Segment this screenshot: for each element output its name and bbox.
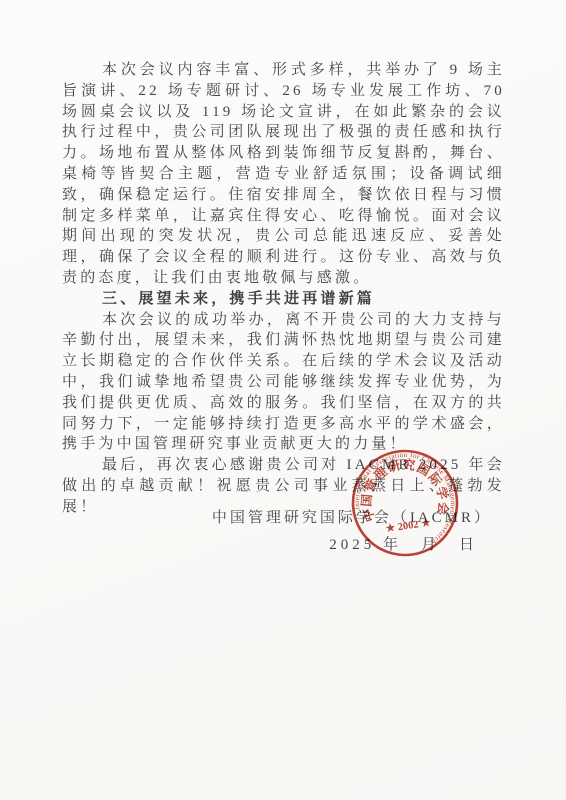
letter-page: 本次会议内容丰富、形式多样，共举办了 9 场主旨演讲、22 场专题研讨、26 场… — [0, 0, 566, 800]
paragraph-future-outlook: 本次会议的成功举办，离不开贵公司的大力支持与辛勤付出，展望未来，我们满怀热忱地期… — [62, 310, 505, 456]
paragraph-conference-summary: 本次会议内容丰富、形式多样，共举办了 9 场主旨演讲、22 场专题研讨、26 场… — [62, 60, 505, 289]
section-heading: 三、展望未来，携手共进再谱新篇 — [62, 289, 505, 310]
organization-seal-stamp: International Association for Chinese Ma… — [335, 433, 475, 573]
seal-year-text: ★ 2002 ★ — [385, 517, 432, 535]
